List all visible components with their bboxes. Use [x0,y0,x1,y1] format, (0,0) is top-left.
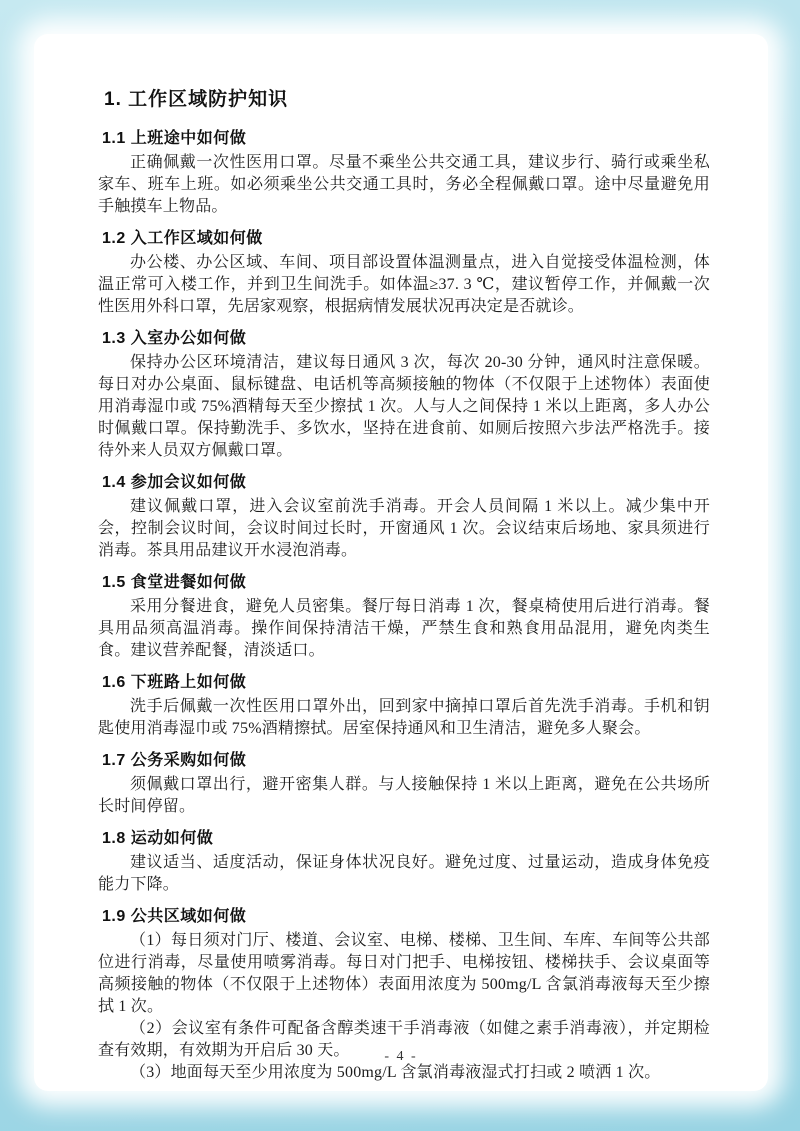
document-section: 1.6 下班路上如何做 洗手后佩戴一次性医用口罩外出，回到家中摘掉口罩后首先洗手… [98,669,710,740]
document-section: 1.1 上班途中如何做 正确佩戴一次性医用口罩。尽量不乘坐公共交通工具，建议步行… [98,125,710,218]
section-paragraph: （1）每日须对门厅、楼道、会议室、电梯、楼梯、卫生间、车库、车间等公共部位进行消… [98,930,710,1018]
document-section: 1.4 参加会议如何做 建议佩戴口罩，进入会议室前洗手消毒。开会人员间隔 1 米… [98,469,710,562]
section-heading: 1.6 下班路上如何做 [102,669,710,692]
section-heading: 1.7 公务采购如何做 [102,747,710,770]
section-paragraph: 采用分餐进食，避免人员密集。餐厅每日消毒 1 次，餐桌椅使用后进行消毒。餐具用品… [98,596,710,662]
section-heading: 1.1 上班途中如何做 [102,125,710,148]
section-paragraph: 洗手后佩戴一次性医用口罩外出，回到家中摘掉口罩后首先洗手消毒。手机和钥匙使用消毒… [98,696,710,740]
section-paragraph: 正确佩戴一次性医用口罩。尽量不乘坐公共交通工具，建议步行、骑行或乘坐私家车、班车… [98,152,710,218]
section-paragraph: 建议适当、适度活动，保证身体状况良好。避免过度、过量运动，造成身体免疫能力下降。 [98,852,710,896]
section-heading: 1.9 公共区域如何做 [102,903,710,926]
sections-container: 1.1 上班途中如何做 正确佩戴一次性医用口罩。尽量不乘坐公共交通工具，建议步行… [98,125,710,1084]
document-page: 1. 工作区域防护知识 1.1 上班途中如何做 正确佩戴一次性医用口罩。尽量不乘… [34,34,768,1091]
section-paragraph: 须佩戴口罩出行，避开密集人群。与人接触保持 1 米以上距离，避免在公共场所长时间… [98,774,710,818]
section-paragraph: 保持办公区环境清洁，建议每日通风 3 次，每次 20-30 分钟，通风时注意保暖… [98,352,710,462]
section-heading: 1.2 入工作区域如何做 [102,225,710,248]
section-heading: 1.3 入室办公如何做 [102,325,710,348]
document-section: 1.3 入室办公如何做 保持办公区环境清洁，建议每日通风 3 次，每次 20-3… [98,325,710,462]
section-paragraph: 办公楼、办公区域、车间、项目部设置体温测量点，进入自觉接受体温检测，体温正常可入… [98,252,710,318]
document-section: 1.7 公务采购如何做 须佩戴口罩出行，避开密集人群。与人接触保持 1 米以上距… [98,747,710,818]
document-section: 1.5 食堂进餐如何做 采用分餐进食，避免人员密集。餐厅每日消毒 1 次，餐桌椅… [98,569,710,662]
section-heading: 1.8 运动如何做 [102,825,710,848]
document-section: 1.2 入工作区域如何做 办公楼、办公区域、车间、项目部设置体温测量点，进入自觉… [98,225,710,318]
section-heading: 1.5 食堂进餐如何做 [102,569,710,592]
section-heading: 1.4 参加会议如何做 [102,469,710,492]
section-paragraph: 建议佩戴口罩，进入会议室前洗手消毒。开会人员间隔 1 米以上。减少集中开会，控制… [98,496,710,562]
page-title: 1. 工作区域防护知识 [104,84,710,111]
document-section: 1.8 运动如何做 建议适当、适度活动，保证身体状况良好。避免过度、过量运动，造… [98,825,710,896]
section-paragraph: （3）地面每天至少用浓度为 500mg/L 含氯消毒液湿式打扫或 2 喷洒 1 … [98,1062,710,1084]
page-number: - 4 - [34,1049,768,1065]
